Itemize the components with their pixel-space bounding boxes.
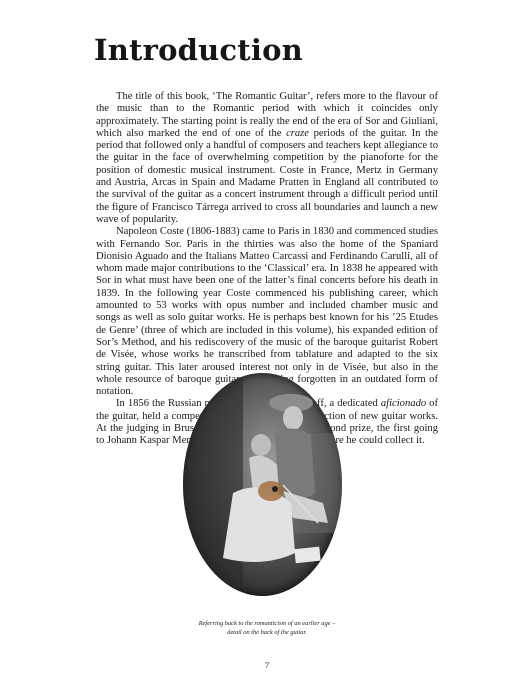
emphasis-text: aficionado xyxy=(381,398,426,409)
emphasis-text: craze xyxy=(286,128,309,139)
caption-line: detail on the back of the guitar. xyxy=(96,628,438,637)
paragraph-text: Napoleon Coste (1806-1883) came to Paris… xyxy=(96,226,438,397)
caption-line: Referring back to the romanticism of an … xyxy=(96,619,438,628)
paragraph-1: The title of this book, ‘The Romantic Gu… xyxy=(96,91,438,226)
oval-illustration xyxy=(183,373,342,596)
engraving-image xyxy=(183,373,342,596)
figure-caption: Referring back to the romanticism of an … xyxy=(96,619,438,637)
page-title: Introduction xyxy=(94,36,303,65)
page-number: 7 xyxy=(96,660,438,670)
paragraph-text: periods of the guitar. In the period tha… xyxy=(96,128,438,225)
